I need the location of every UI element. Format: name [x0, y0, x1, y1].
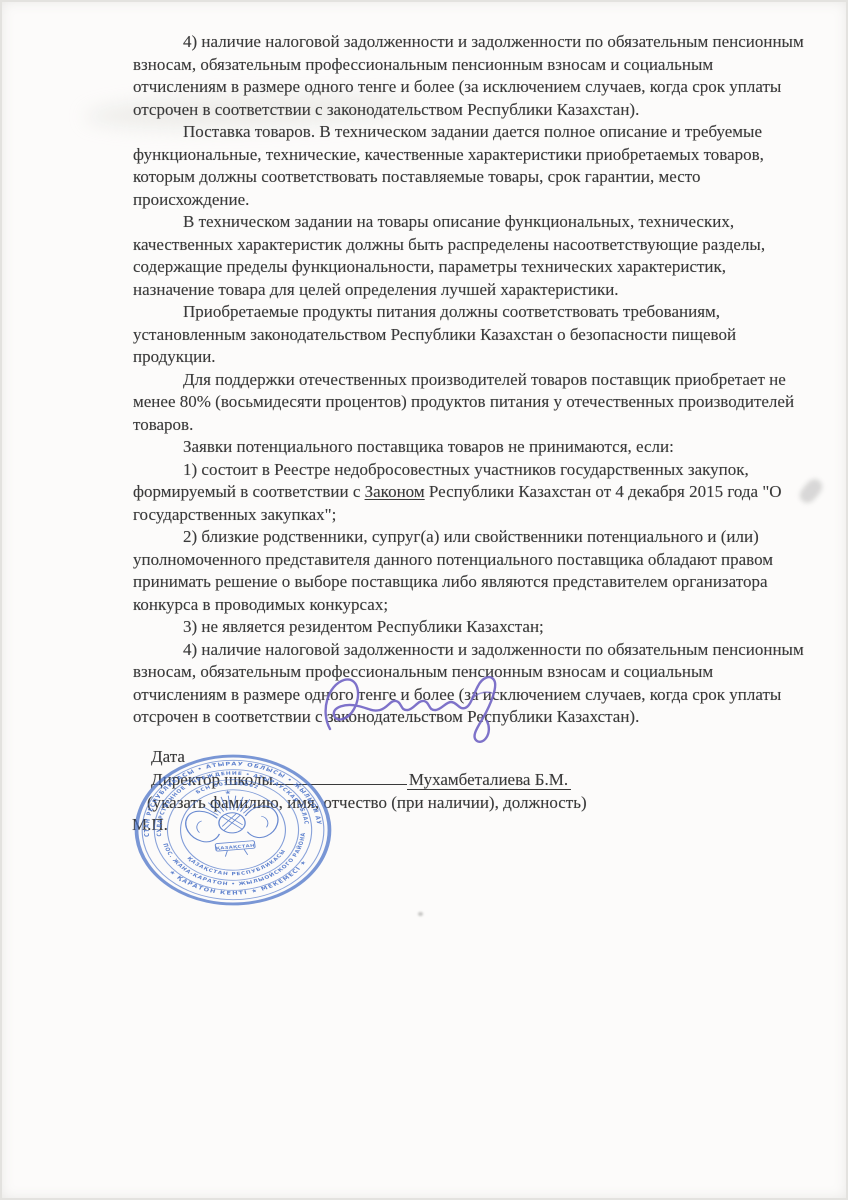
- paragraph-applications-rejected: Заявки потенциального поставщика товаров…: [133, 436, 811, 459]
- paragraph-domestic-producers: Для поддержки отечественных производител…: [133, 369, 811, 437]
- handwritten-signature: [316, 663, 516, 753]
- stamp-banner-text: ҚАЗАҚСТАН: [216, 843, 256, 851]
- kazakhstan-coat-of-arms: ★ ҚАЗАҚСТАН: [181, 785, 282, 859]
- scan-speck-small: [418, 912, 423, 916]
- paragraph-tech-spec: В техническом задании на товары описание…: [133, 211, 811, 301]
- scanned-page: 4) наличие налоговой задолженности и зад…: [0, 0, 848, 1200]
- paragraph-food-safety: Приобретаемые продукты питания должны со…: [133, 301, 811, 369]
- official-stamp-seal: ҚАЗАҚСТАН РЕСПУБЛИКАСЫ • АТЫРАУ ОБЛЫСЫ •…: [130, 751, 336, 909]
- paragraph-resident: 3) не является резидентом Республики Каз…: [133, 616, 811, 639]
- law-reference-underlined: Законом: [365, 482, 425, 501]
- paragraph-tax-debt: 4) наличие налоговой задолженности и зад…: [133, 31, 811, 121]
- paragraph-goods-delivery: Поставка товаров. В техническом задании …: [133, 121, 811, 211]
- director-name: Мухамбеталиева Б.М.: [407, 770, 571, 790]
- star-icon: ★: [224, 789, 232, 796]
- paragraph-law-clause: 1) состоит в Реестре недобросовестных уч…: [133, 459, 811, 527]
- paragraph-relatives: 2) близкие родственники, супруг(а) или с…: [133, 526, 811, 616]
